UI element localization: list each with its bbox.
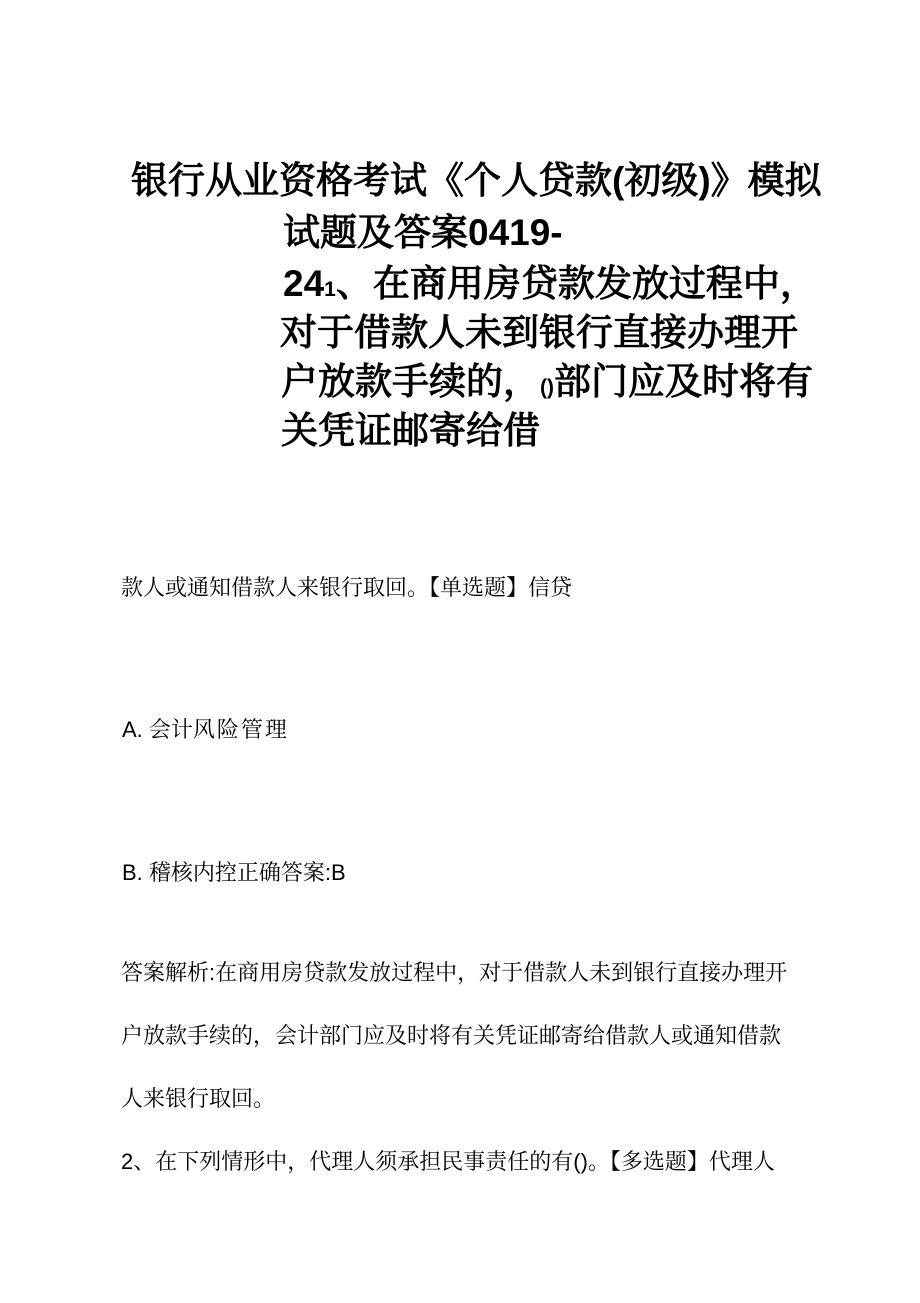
q1-page-number: 24 — [283, 263, 324, 304]
doc-title-line-2: 试题及答案0419- — [283, 212, 563, 254]
q1-heading-blank-paren: () — [540, 376, 554, 399]
q1-heading-line-1: 241、在商用房贷款发放过程中， — [283, 263, 817, 311]
q1-heading-line-3-before-paren: 户放款手续的， — [281, 361, 540, 402]
q1-analysis-line-2: 户放款手续的，会计部门应及时将有关凭证邮寄给借款人或通知借款 — [121, 1022, 781, 1049]
q1-heading-line-2: 对于借款人未到银行直接办理开 — [280, 312, 798, 354]
q1-body-tail: 款人或通知借款人来银行取回。【单选题】信贷 — [121, 574, 572, 601]
q1-option-a-prefix: A. 会计 — [122, 717, 193, 742]
q1-option-a-rest: 风险管理 — [193, 717, 289, 742]
doc-title-line-1: 银行从业资格考试《个人贷款(初级)》模拟 — [131, 160, 822, 202]
q1-heading-line-1-text: 、在商用房贷款发放过程中， — [336, 263, 817, 304]
q1-option-a: A. 会计风险管理 — [122, 716, 289, 743]
q1-heading-line-3-after-paren: 部门应及时将有 — [554, 361, 813, 402]
q1-question-number-small: 1 — [324, 278, 336, 301]
document-page: 银行从业资格考试《个人贷款(初级)》模拟 试题及答案0419- 241、在商用房… — [0, 0, 920, 1303]
q1-analysis-line-3: 人来银行取回。 — [121, 1085, 275, 1112]
q1-heading-line-4: 关凭证邮寄给借 — [281, 410, 540, 452]
q1-analysis-line-1: 答案解析:在商用房贷款发放过程中，对于借款人未到银行直接办理开 — [121, 959, 787, 986]
q2-line-1: 2、在下列情形中，代理人须承担民事责任的有()。【多选题】代理人 — [121, 1148, 775, 1175]
q1-heading-line-3: 户放款手续的，()部门应及时将有 — [281, 361, 813, 409]
q1-option-b: B. 稽核内控正确答案:B — [122, 859, 346, 886]
